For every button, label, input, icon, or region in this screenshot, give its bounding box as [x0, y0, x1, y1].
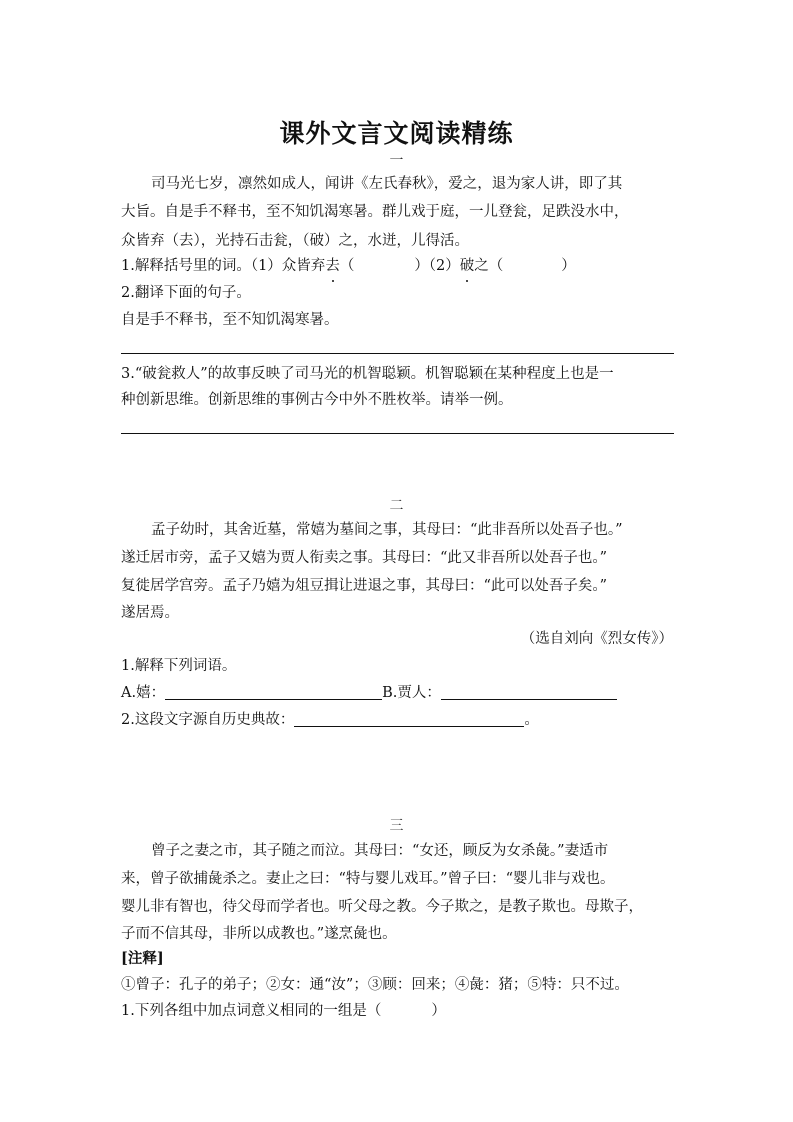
passage-3-line-1: 曾子之妻之市，其子随之而泣。其母曰：“女还，顾反为女杀彘。”妻适市 — [121, 839, 711, 863]
passage-2-source: （选自刘向《烈女传》） — [521, 627, 673, 651]
passage-3-line-3: 婴儿非有智也，待父母而学者也。听父母之教。今子欺之，是教子欺也。母欺子， — [121, 895, 681, 919]
section-2-question-2: 2.这段文字源自历史典故：。 — [121, 708, 681, 732]
q1-label: 1.解释括号里的词。（1）众皆弃 — [121, 258, 325, 274]
section-number-1: 一 — [0, 150, 793, 170]
q1-after: 之（ — [474, 258, 503, 274]
section-1-question-2: 2.翻译下面的句子。 — [121, 281, 681, 305]
q2-end: 。 — [524, 712, 539, 728]
translate-sentence: 自是手不释书，至不知饥渴寒暑。 — [121, 308, 681, 332]
notes-text: ①曾子：孔子的弟子；②女：通“汝”；③顾：回来；④彘：猪；⑤特：只不过。 — [121, 973, 681, 997]
answer-line-q3[interactable] — [121, 433, 674, 434]
answer-blank-origin[interactable] — [294, 710, 524, 727]
q1-close: ） — [561, 258, 576, 274]
passage-1-line-1: 司马光七岁，凛然如成人，闻讲《左氏春秋》，爱之，退为家人讲，即了其 — [121, 172, 711, 196]
section-3-question-1: 1.下列各组中加点词意义相同的一组是（） — [121, 999, 681, 1023]
item-a-label: A.嬉： — [121, 685, 165, 701]
section-1-question-3-line-1: 3.“破瓮救人”的故事反映了司马光的机智聪颖。机智聪颖在某种程度上也是一 — [121, 362, 681, 386]
q1-label: 1.下列各组中加点词意义相同的一组是（ — [121, 1003, 381, 1019]
passage-2-line-1: 孟子幼时，其舍近墓，常嬉为墓间之事，其母曰：“此非吾所以处吾子也。” — [121, 518, 711, 542]
passage-2-line-4: 遂居焉。 — [121, 601, 681, 625]
q2-label: 2.这段文字源自历史典故： — [121, 712, 294, 728]
q1-open-paren: （ — [340, 258, 355, 274]
dotted-char-qu: 去 — [325, 254, 340, 278]
page-title: 课外文言文阅读精练 — [0, 114, 793, 150]
q1-mid: ）（2） — [414, 258, 459, 274]
section-2-question-1-items: A.嬉：B.贾人： — [121, 681, 681, 705]
passage-3-line-4: 子而不信其母，非所以成教也。”遂烹彘也。 — [121, 922, 681, 946]
item-b-label: B.贾人： — [382, 685, 441, 701]
document-page: 课外文言文阅读精练 一 司马光七岁，凛然如成人，闻讲《左氏春秋》，爱之，退为家人… — [0, 0, 793, 1122]
answer-blank-a[interactable] — [165, 683, 382, 700]
dotted-char-po: 破 — [460, 254, 475, 278]
section-1-question-1: 1.解释括号里的词。（1）众皆弃去（）（2）破之（） — [121, 254, 681, 278]
answer-blank-b[interactable] — [441, 683, 617, 700]
answer-line-q2[interactable] — [121, 353, 674, 354]
passage-3-line-2: 来，曾子欲捕彘杀之。妻止之曰：“特与婴儿戏耳。”曾子曰：“婴儿非与戏也。 — [121, 867, 681, 891]
section-number-2: 二 — [0, 495, 793, 515]
passage-2-line-3: 复徙居学宫旁。孟子乃嬉为俎豆揖让进退之事，其母曰：“此可以处吾子矣。” — [121, 574, 681, 598]
q1-close: ） — [431, 1003, 446, 1019]
passage-1-line-2: 大旨。自是手不释书，至不知饥渴寒暑。群儿戏于庭，一儿登瓮，足跌没水中， — [121, 200, 681, 224]
section-2-question-1: 1.解释下列词语。 — [121, 654, 681, 678]
notes-heading: [注释] — [121, 947, 681, 971]
section-1-question-3-line-2: 种创新思维。创新思维的事例古今中外不胜枚举。请举一例。 — [121, 388, 681, 412]
section-number-3: 三 — [0, 815, 793, 835]
passage-2-line-2: 遂迁居市旁，孟子又嬉为贾人衔卖之事。其母曰：“此又非吾所以处吾子也。” — [121, 546, 681, 570]
passage-1-line-3: 众皆弃（去），光持石击瓮，（破）之，水迸，儿得活。 — [121, 229, 681, 253]
